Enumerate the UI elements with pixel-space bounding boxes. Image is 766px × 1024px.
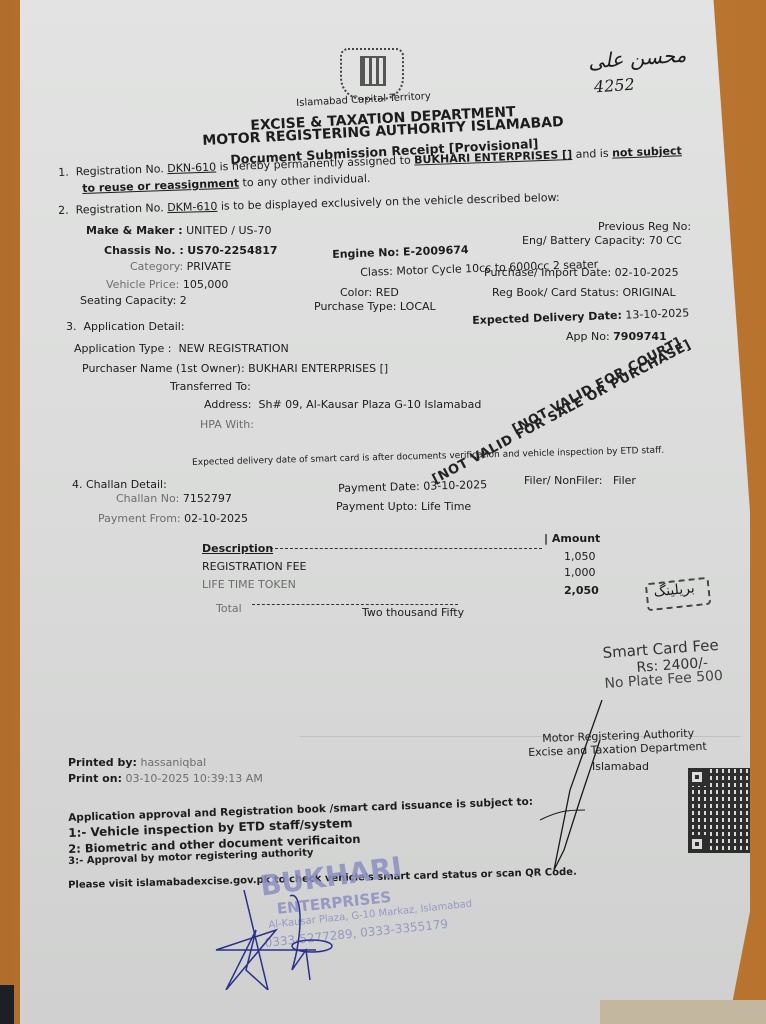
label: Payment From: xyxy=(98,512,181,525)
address-row: Address: Sh# 09, Al-Kausar Plaza G-10 Is… xyxy=(204,398,481,411)
label: App No: xyxy=(566,330,610,343)
import-date-value: 02-10-2025 xyxy=(615,266,679,279)
payment-from-value: 02-10-2025 xyxy=(184,512,248,525)
total-amount: 2,050 xyxy=(564,584,599,597)
amount-header: | Amount xyxy=(544,532,600,545)
label: Vehicle Price: xyxy=(106,278,179,291)
purchaser-row: Purchaser Name (1st Owner): BUKHARI ENTE… xyxy=(82,362,388,375)
text: Registration No. xyxy=(75,162,163,178)
reuse-text: to reuse or reassignment xyxy=(82,177,239,195)
label: Color: xyxy=(340,286,372,299)
background-dark-corner xyxy=(0,985,14,1024)
import-date-row: Purchase/ Import Date: 02-10-2025 xyxy=(484,266,679,279)
section-number: 1. xyxy=(58,166,69,179)
authority-signature xyxy=(530,700,620,880)
card-status-row: Reg Book/ Card Status: ORIGINAL xyxy=(492,286,676,299)
text: Registration No. xyxy=(75,201,163,216)
price-row: Vehicle Price: 105,000 xyxy=(106,278,228,291)
payment-date-value: 03-10-2025 xyxy=(423,478,487,493)
delivery-date-row: Expected Delivery Date: 13-10-2025 xyxy=(472,306,690,327)
label: Make & Maker : xyxy=(86,224,183,237)
not-valid-sale-stamp: [NOT VALID FOR SALE OR PURCHASE] xyxy=(430,337,694,487)
price-value: 105,000 xyxy=(183,278,229,291)
app-no-value: 7909741 xyxy=(613,330,667,343)
text: and is xyxy=(575,147,608,161)
label: Payment Date: xyxy=(338,480,420,495)
printed-by-row: Printed by: hassaniqbal xyxy=(68,756,206,769)
purchase-type-row: Purchase Type: LOCAL xyxy=(314,300,436,313)
chassis-row: Chassis No. : US70-2254817 xyxy=(104,244,278,257)
handwritten-name: محسن علی xyxy=(587,43,687,74)
total-divider xyxy=(252,604,458,605)
label: Amount xyxy=(552,532,600,545)
transferred-row: Transferred To: xyxy=(170,380,251,393)
text: is to be displayed exclusively on the ve… xyxy=(221,191,560,213)
label: Purchase/ Import Date: xyxy=(484,266,611,279)
fee-item-amount: 1,050 xyxy=(564,550,596,563)
printed-on-value: 03-10-2025 10:39:13 AM xyxy=(125,772,262,785)
fee-item-label: LIFE TIME TOKEN xyxy=(202,578,296,591)
total-label: Total xyxy=(216,602,242,615)
label: Engine No: xyxy=(332,246,400,261)
label: Seating Capacity: xyxy=(80,294,176,307)
label: Reg Book/ Card Status: xyxy=(492,286,619,299)
background-table-edge xyxy=(600,1000,766,1024)
app-type-value: NEW REGISTRATION xyxy=(178,342,288,355)
section-2: 2. Registration No. DKM-610 is to be dis… xyxy=(58,191,560,217)
label: Application Type : xyxy=(74,342,171,355)
delivery-date-value: 13-10-2025 xyxy=(625,306,689,321)
category-row: Category: PRIVATE xyxy=(130,260,231,273)
total-in-words: Two thousand Fifty xyxy=(362,606,464,619)
chassis-value: US70-2254817 xyxy=(187,244,277,257)
make-value: UNITED / US-70 xyxy=(186,224,271,237)
label: Filer/ NonFiler: xyxy=(524,474,603,487)
category-value: PRIVATE xyxy=(187,260,232,273)
delivery-note: Expected delivery date of smart card is … xyxy=(192,446,664,468)
seating-value: 2 xyxy=(180,294,187,307)
challan-value: 7152797 xyxy=(183,492,232,505)
label: Address: xyxy=(204,398,252,411)
color-value: RED xyxy=(376,286,399,299)
label: Chassis No. : xyxy=(104,244,184,257)
fee-item-label: REGISTRATION FEE xyxy=(202,560,307,573)
capacity-value: 70 CC xyxy=(649,234,682,247)
fee-item-amount: 1,000 xyxy=(564,566,596,579)
seating-row: Seating Capacity: 2 xyxy=(80,294,187,307)
address-value: Sh# 09, Al-Kausar Plaza G-10 Islamabad xyxy=(259,398,482,411)
label: Category: xyxy=(130,260,183,273)
label: Challan No: xyxy=(116,492,179,505)
section-number: 4. xyxy=(72,478,83,491)
app-type-row: Application Type : NEW REGISTRATION xyxy=(74,342,289,355)
filer-row: Filer/ NonFiler: Filer xyxy=(524,474,636,487)
hpa-row: HPA With: xyxy=(200,418,254,431)
text: to any other individual. xyxy=(242,172,370,189)
qr-code[interactable] xyxy=(688,768,766,853)
label: Transferred To: xyxy=(170,380,251,393)
label: Printed by: xyxy=(68,756,137,769)
payment-date-row: Payment Date: 03-10-2025 xyxy=(338,478,487,495)
color-row: Color: RED xyxy=(340,286,399,299)
label: Challan Detail: xyxy=(86,478,167,491)
label: Eng/ Battery Capacity: xyxy=(522,234,645,247)
urdu-seal-stamp: بریلینگ xyxy=(645,577,712,612)
section-3-title: 3. Application Detail: xyxy=(66,320,185,333)
make-row: Make & Maker : UNITED / US-70 xyxy=(86,224,271,237)
previous-reg-row: Previous Reg No: xyxy=(598,220,691,233)
label: Print on: xyxy=(68,772,122,785)
urdu-stamp-text: بریلینگ xyxy=(653,580,696,600)
registration-number: DKN-610 xyxy=(167,160,216,175)
territory-label: Islamabad Capital Territory xyxy=(296,91,431,109)
capacity-row: Eng/ Battery Capacity: 70 CC xyxy=(522,234,682,247)
filer-value: Filer xyxy=(613,474,636,487)
card-status-value: ORIGINAL xyxy=(622,286,675,299)
not-subject-text: not subject xyxy=(612,144,682,159)
app-no-row: App No: 7909741 xyxy=(566,330,667,343)
purchase-type-value: LOCAL xyxy=(400,300,436,313)
signature-mark xyxy=(206,890,366,990)
label: Previous Reg No: xyxy=(598,220,691,233)
description-header: Description xyxy=(202,542,273,555)
engine-row: Engine No: E-2009674 xyxy=(332,243,469,261)
label: Application Detail: xyxy=(84,320,185,333)
engine-value: E-2009674 xyxy=(403,243,469,258)
receipt-paper: محسن علی 4252 Islamabad Capital Territor… xyxy=(20,0,750,1024)
label: Payment Upto: xyxy=(336,500,417,513)
section-number: 2. xyxy=(58,204,69,217)
payment-upto-row: Payment Upto: Life Time xyxy=(336,500,471,513)
registration-number: DKM-610 xyxy=(167,200,217,214)
label: Purchaser Name (1st Owner): xyxy=(82,362,245,375)
label: Expected Delivery Date: xyxy=(472,309,622,327)
payment-from-row: Payment From: 02-10-2025 xyxy=(98,512,248,525)
label: Purchase Type: xyxy=(314,300,396,313)
section-number: 3. xyxy=(66,320,77,333)
label: HPA With: xyxy=(200,418,254,431)
challan-row: Challan No: 7152797 xyxy=(116,492,232,505)
printed-by-value: hassaniqbal xyxy=(140,756,206,769)
purchaser-value: BUKHARI ENTERPRISES [] xyxy=(248,362,388,375)
section-4-title: 4. Challan Detail: xyxy=(72,478,167,491)
printed-on-row: Print on: 03-10-2025 10:39:13 AM xyxy=(68,772,263,785)
number-plate-fee-note: No Plate Fee 500 xyxy=(604,668,723,692)
label: Class: xyxy=(360,265,393,279)
payment-upto-value: Life Time xyxy=(421,500,471,513)
handwritten-number: 4252 xyxy=(593,75,635,97)
description-divider xyxy=(270,548,542,549)
